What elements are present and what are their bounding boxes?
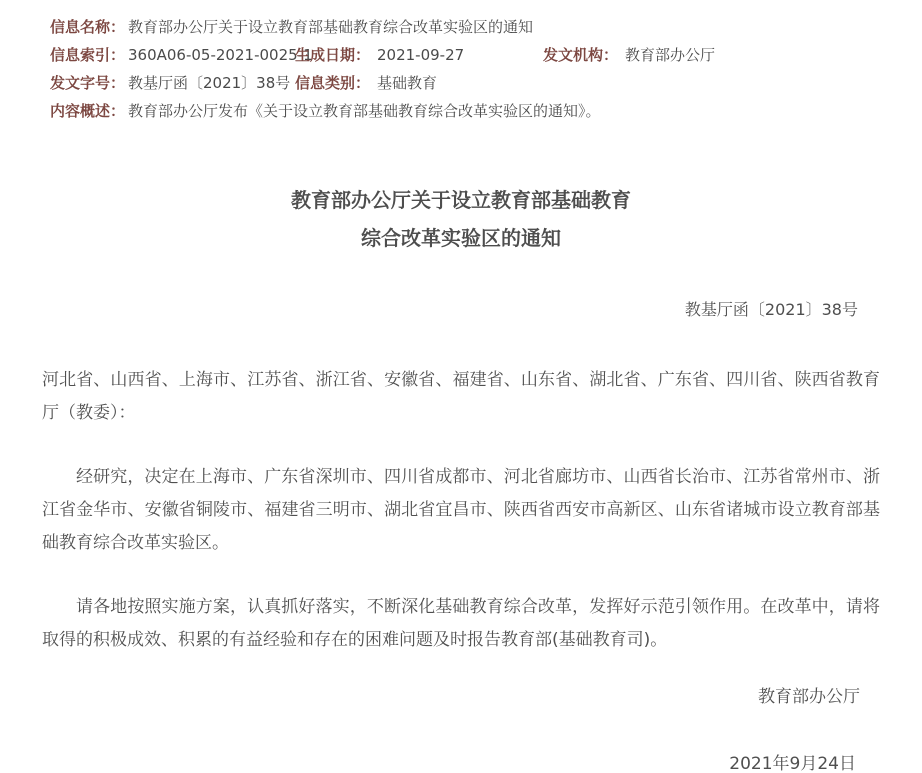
- doc-number-label: 发文字号：: [50, 69, 128, 97]
- summary-label: 内容概述：: [50, 97, 128, 125]
- gen-date-value: 2021-09-27: [377, 41, 543, 69]
- signature-agency: 教育部办公厅: [0, 681, 922, 714]
- meta-row-summary: 内容概述： 教育部办公厅发布《关于设立教育部基础教育综合改革实验区的通知》。: [50, 97, 922, 125]
- info-name-label: 信息名称：: [50, 13, 128, 41]
- paragraph-2: 请各地按照实施方案，认真抓好落实，不断深化基础教育综合改革，发挥好示范引领作用。…: [42, 591, 880, 657]
- paragraph-1: 经研究，决定在上海市、广东省深圳市、四川省成都市、河北省廊坊市、山西省长治市、江…: [42, 461, 880, 560]
- notice-page: 信息名称： 教育部办公厅关于设立教育部基础教育综合改革实验区的通知 信息索引： …: [0, 0, 922, 773]
- meta-row-info-name: 信息名称： 教育部办公厅关于设立教育部基础教育综合改革实验区的通知: [50, 13, 922, 41]
- gen-date-label: 生成日期：: [295, 41, 377, 69]
- document-title-line1: 教育部办公厅关于设立教育部基础教育: [0, 181, 922, 219]
- salutation: 河北省、山西省、上海市、江苏省、浙江省、安徽省、福建省、山东省、湖北省、广东省、…: [42, 364, 880, 430]
- info-index-value: 360A06-05-2021-0025-1: [128, 41, 295, 69]
- summary-value: 教育部办公厅发布《关于设立教育部基础教育综合改革实验区的通知》。: [128, 97, 601, 125]
- issuing-agency-label: 发文机构：: [543, 41, 625, 69]
- document-title: 教育部办公厅关于设立教育部基础教育 综合改革实验区的通知: [0, 181, 922, 257]
- meta-row-index-date-agency: 信息索引： 360A06-05-2021-0025-1 生成日期： 2021-0…: [50, 41, 922, 69]
- info-index-label: 信息索引：: [50, 41, 128, 69]
- issuing-agency-value: 教育部办公厅: [625, 41, 715, 69]
- meta-row-docnum-category: 发文字号： 教基厅函〔2021〕38号 信息类别： 基础教育: [50, 69, 922, 97]
- doc-number-value: 教基厅函〔2021〕38号: [128, 69, 295, 97]
- document-reference-number: 教基厅函〔2021〕38号: [0, 293, 922, 326]
- document-body: 河北省、山西省、上海市、江苏省、浙江省、安徽省、福建省、山东省、湖北省、广东省、…: [0, 364, 922, 657]
- info-category-value: 基础教育: [377, 69, 437, 97]
- metadata-block: 信息名称： 教育部办公厅关于设立教育部基础教育综合改革实验区的通知 信息索引： …: [0, 0, 922, 125]
- document-title-line2: 综合改革实验区的通知: [0, 219, 922, 257]
- signature-date: 2021年9月24日: [0, 748, 922, 773]
- info-category-label: 信息类别：: [295, 69, 377, 97]
- info-name-value: 教育部办公厅关于设立教育部基础教育综合改革实验区的通知: [128, 13, 533, 41]
